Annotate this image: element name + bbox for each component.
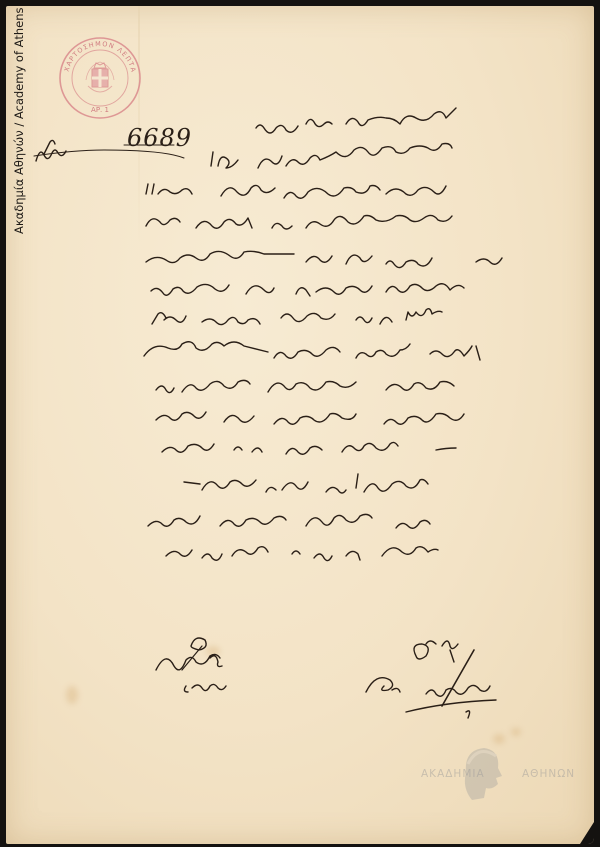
manuscript-page: Ακαδημία Αθηνών / Academy of Athens ΧΑΡΤ…: [6, 6, 594, 844]
signature-right: [366, 641, 496, 718]
athena-head-icon: [458, 742, 504, 804]
signature-left: [156, 638, 226, 692]
handwritten-text: [6, 6, 594, 844]
watermark-text-right: ΑΘΗΝΩΝ: [522, 768, 575, 780]
